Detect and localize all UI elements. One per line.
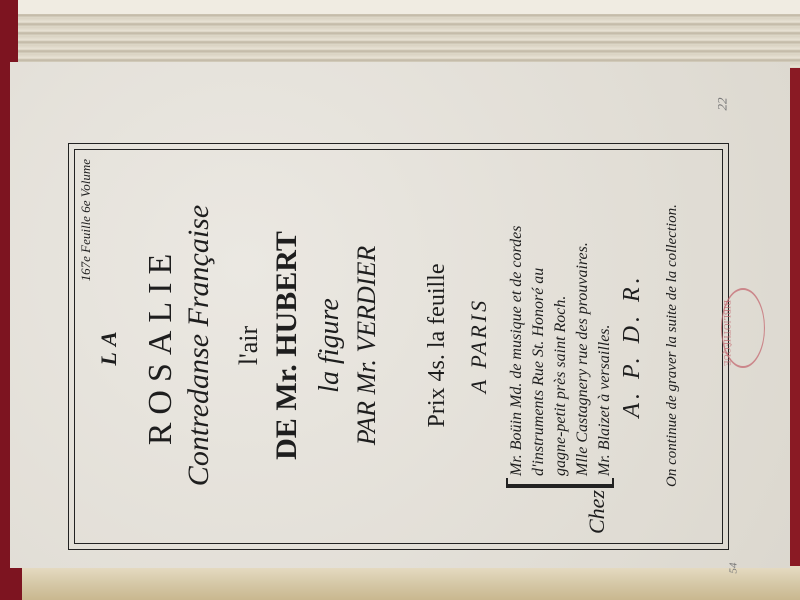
bracket bbox=[506, 478, 614, 488]
title: ROSALIE bbox=[142, 149, 180, 542]
seller-line: Mr. Blaizet à versailles. bbox=[594, 226, 616, 476]
subtitle: Contredanse Française bbox=[182, 149, 216, 542]
air-label: l'air bbox=[234, 149, 264, 542]
pencil-mark: 54 bbox=[728, 563, 740, 574]
page-stack-bottom bbox=[22, 566, 800, 600]
sellers-list: Mr. Boüin Md. de musique et de cordes d'… bbox=[506, 226, 616, 476]
price: Prix 4s. la feuille bbox=[424, 149, 451, 542]
pencil-page-number: 22 bbox=[715, 98, 731, 111]
seller-line: gagne-petit près saint Roch. bbox=[550, 226, 572, 476]
seller-line: Mr. Boüin Md. de musique et de cordes bbox=[506, 226, 528, 476]
page-stack-edge bbox=[18, 0, 800, 68]
seller-line: Mlle Castagnery rue des prouvaires. bbox=[572, 226, 594, 476]
volume-note: 167e Feuille 6e Volume bbox=[78, 149, 94, 542]
title-page-content: 167e Feuille 6e Volume LA ROSALIE Contre… bbox=[74, 149, 721, 542]
privilege: A. P. D. R. bbox=[619, 149, 646, 542]
figure-label: la figure bbox=[314, 149, 346, 542]
footer-note: On continue de graver la suite de la col… bbox=[664, 149, 681, 542]
city: A PARIS bbox=[466, 149, 492, 542]
chez-label: Chez bbox=[584, 490, 610, 534]
choreographer: PAR Mr. VERDIER bbox=[352, 149, 382, 542]
seller-line: d'instruments Rue St. Honoré au bbox=[528, 226, 550, 476]
composer: DE Mr. HUBERT bbox=[270, 149, 304, 542]
title-article: LA bbox=[96, 149, 122, 542]
stamp-text: BIBLIOTHÈQUE bbox=[722, 300, 732, 366]
